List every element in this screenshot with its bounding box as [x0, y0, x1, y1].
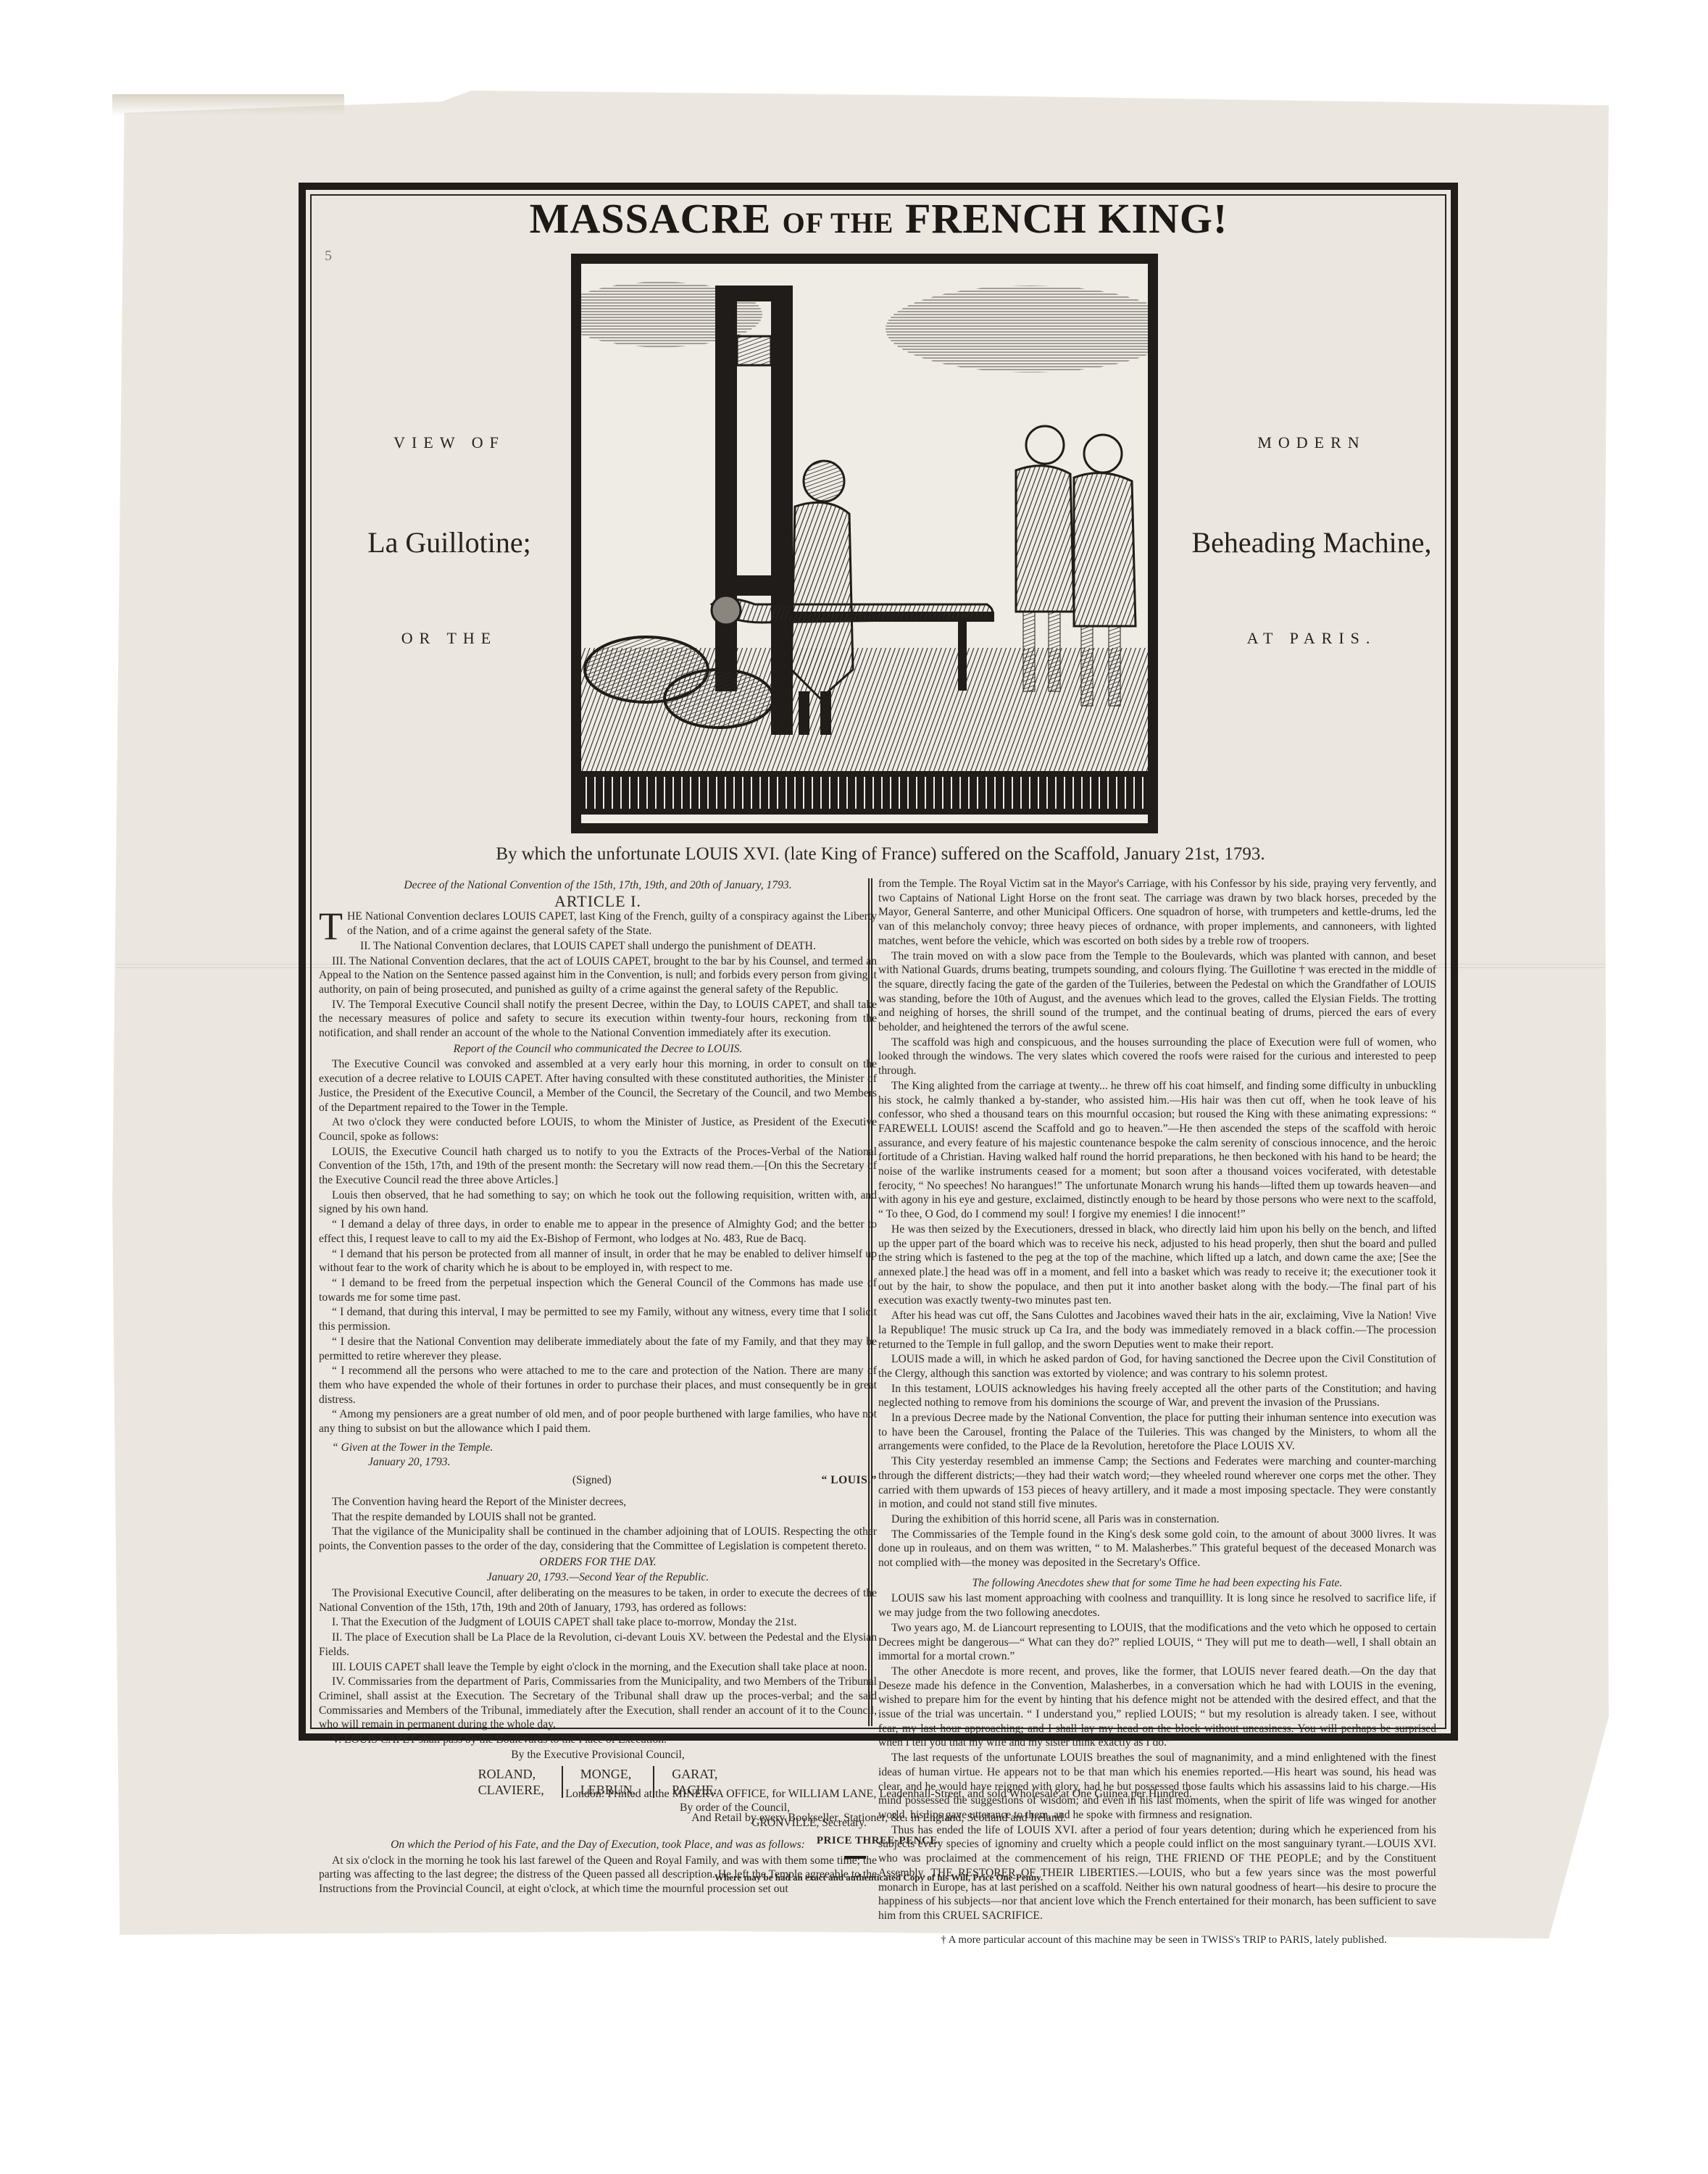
- given-date: January 20, 1793.: [319, 1455, 877, 1470]
- paper-stain: [112, 94, 344, 116]
- article-2: II. The National Convention declares, th…: [319, 939, 877, 954]
- requisition-paragraph: “ I demand, that during this interval, I…: [319, 1305, 877, 1333]
- article-heading: ARTICLE I.: [319, 894, 877, 909]
- dagger-footnote: † A more particular account of this mach…: [878, 1933, 1436, 1948]
- narrative-paragraph: In a previous Decree made by the Nationa…: [878, 1411, 1436, 1454]
- narrative-paragraph: After his head was cut off, the Sans Cul…: [878, 1309, 1436, 1352]
- decree-heading: Decree of the National Convention of the…: [319, 878, 877, 893]
- requisition-paragraph: “ I desire that the National Convention …: [319, 1335, 877, 1363]
- order-item: II. The place of Execution shall be La P…: [319, 1630, 877, 1659]
- order-item: III. LOUIS CAPET shall leave the Temple …: [319, 1660, 877, 1675]
- ornamental-rule: [844, 1856, 866, 1859]
- side-label-view-of: VIEW OF: [341, 433, 558, 452]
- convention-paragraph: The Convention having heard the Report o…: [319, 1495, 877, 1509]
- article-1: HE National Convention declares LOUIS CA…: [347, 910, 877, 937]
- requisition-paragraph: “ I demand a delay of three days, in ord…: [319, 1217, 877, 1246]
- order-item: IV. Commissaries from the department of …: [319, 1675, 877, 1732]
- narrative-paragraph: LOUIS made a will, in which he asked par…: [878, 1352, 1436, 1380]
- report-paragraph: The Executive Council was convoked and a…: [319, 1057, 877, 1115]
- report-paragraph: Louis then observed, that he had somethi…: [319, 1188, 877, 1217]
- printer-imprint: London: Printed at the MINERVA OFFICE, f…: [304, 1788, 1453, 1801]
- narrative-paragraph: from the Temple. The Royal Victim sat in…: [878, 877, 1436, 949]
- narrative-paragraph: This City yesterday resembled an immense…: [878, 1454, 1436, 1512]
- narrative-paragraph: He was then seized by the Executioners, …: [878, 1223, 1436, 1308]
- side-label-beheading-machine: Beheading Machine,: [1174, 525, 1449, 559]
- article-4: IV. The Temporal Executive Council shall…: [319, 998, 877, 1041]
- price-line: PRICE THREE-PENCE.: [304, 1835, 1453, 1847]
- will-notice: Where may be had an exact and authentica…: [304, 1872, 1453, 1883]
- requisition-paragraph: “ I recommend all the persons who were a…: [319, 1364, 877, 1407]
- retail-line: And Retail by every Bookseller, Statione…: [304, 1812, 1453, 1825]
- by-council-line: By the Executive Provisional Council,: [319, 1748, 877, 1762]
- given-at-line: “ Given at the Tower in the Temple.: [319, 1441, 877, 1455]
- signature-row: (Signed) “ LOUIS.”: [319, 1470, 877, 1495]
- anecdote-paragraph: The other Anecdote is more recent, and p…: [878, 1665, 1436, 1750]
- article-3: III. The National Convention declares, t…: [319, 954, 877, 997]
- order-item: I. That the Execution of the Judgment of…: [319, 1615, 877, 1630]
- signed-name: “ LOUIS.”: [822, 1473, 877, 1488]
- narrative-paragraph: During the exhibition of this horrid sce…: [878, 1512, 1436, 1527]
- convention-paragraph: That the respite demanded by LOUIS shall…: [319, 1510, 877, 1525]
- report-paragraph: At two o'clock they were conducted befor…: [319, 1115, 877, 1144]
- signed-label: (Signed): [572, 1473, 612, 1488]
- narrative-paragraph: The scaffold was high and conspicuous, a…: [878, 1036, 1436, 1078]
- convention-paragraph: That the vigilance of the Municipality s…: [319, 1525, 877, 1553]
- anecdote-paragraph: Two years ago, M. de Liancourt represent…: [878, 1621, 1436, 1664]
- anecdote-paragraph: LOUIS saw his last moment approaching wi…: [878, 1591, 1436, 1620]
- report-heading: Report of the Council who communicated t…: [319, 1042, 877, 1057]
- title-of-the: OF THE: [783, 207, 894, 239]
- subtitle-caption: By which the unfortunate LOUIS XVI. (lat…: [319, 844, 1442, 865]
- pencil-mark: 5: [325, 248, 332, 265]
- orders-heading: ORDERS FOR THE DAY.: [319, 1555, 877, 1570]
- drop-cap-t: T: [319, 911, 343, 941]
- narrative-paragraph: The Commissaries of the Temple found in …: [878, 1528, 1436, 1570]
- narrative-paragraph: The train moved on with a slow pace from…: [878, 949, 1436, 1035]
- woodcut-icon: [581, 264, 1148, 823]
- narrative-paragraph: In this testament, LOUIS acknowledges hi…: [878, 1382, 1436, 1410]
- side-label-modern: MODERN: [1188, 433, 1435, 452]
- side-label-at-paris: AT PARIS.: [1188, 629, 1435, 648]
- requisition-paragraph: “ I demand to be freed from the perpetua…: [319, 1276, 877, 1304]
- anecdotes-heading: The following Anecdotes shew that for so…: [878, 1576, 1436, 1591]
- title-massacre: MASSACRE: [530, 195, 772, 242]
- title-french-king: FRENCH KING!: [905, 195, 1228, 242]
- side-label-la-guillotine: La Guillotine;: [319, 525, 580, 559]
- guillotine-woodcut-illustration: [571, 254, 1158, 833]
- requisition-paragraph: “ I demand that his person be protected …: [319, 1247, 877, 1275]
- narrative-paragraph: The King alighted from the carriage at t…: [878, 1079, 1436, 1222]
- order-item: V. LOUIS CAPET shall pass by the Bouleva…: [319, 1733, 877, 1747]
- orders-intro: The Provisional Executive Council, after…: [319, 1586, 877, 1615]
- broadside-title: MASSACRE OF THE FRENCH KING!: [304, 194, 1453, 243]
- left-column: Decree of the National Convention of the…: [319, 877, 877, 1897]
- requisition-paragraph: “ Among my pensioners are a great number…: [319, 1407, 877, 1436]
- side-label-or-the: OR THE: [341, 629, 558, 648]
- orders-date: January 20, 1793.—Second Year of the Rep…: [319, 1570, 877, 1585]
- report-paragraph: LOUIS, the Executive Council hath charge…: [319, 1145, 877, 1188]
